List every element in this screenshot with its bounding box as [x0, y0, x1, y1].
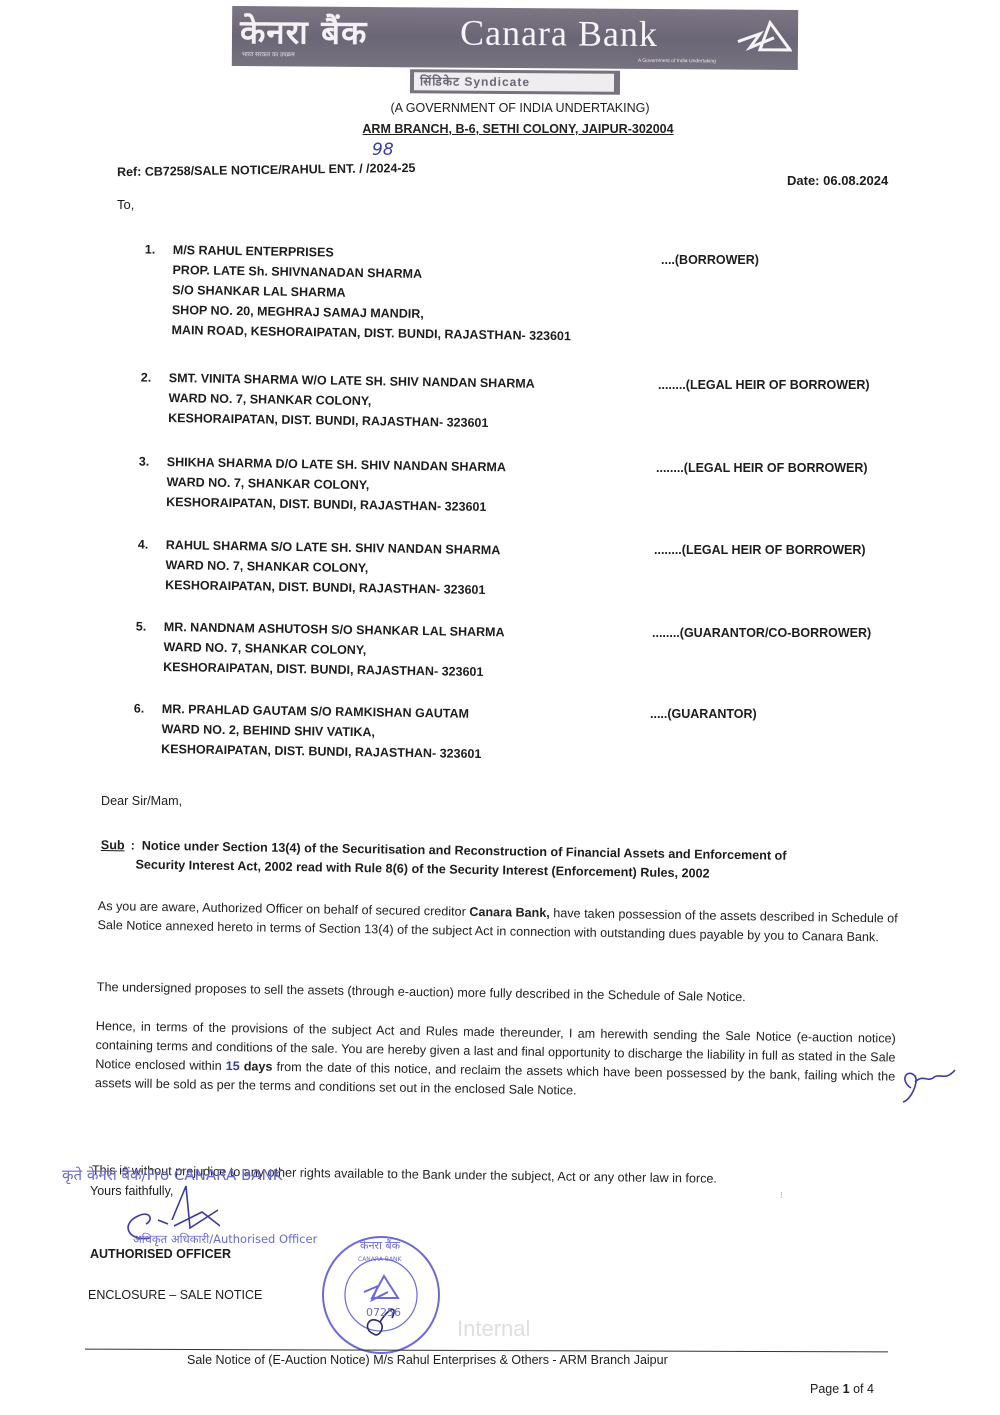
initials-signature-icon: [893, 1060, 963, 1110]
subject: Sub: Notice under Section 13(4) of the S…: [100, 836, 910, 887]
paragraph-proposal: The undersigned proposes to sell the ass…: [97, 978, 917, 1010]
seal-code: 07256: [366, 1306, 401, 1319]
paragraph-possession: As you are aware, Authorized Officer on …: [97, 897, 897, 948]
addressee-line: KESHORAIPATAN, DIST. BUNDI, RAJASTHAN- 3…: [165, 575, 500, 600]
addressee-role: ........(LEGAL HEIR OF BORROWER): [654, 543, 866, 557]
addressee-block: 5.MR. NANDNAM ASHUTOSH S/O SHANKAR LAL S…: [163, 617, 505, 682]
scan-artifact: ⁝: [780, 1190, 783, 1201]
addressee-role: .....(GUARANTOR): [650, 707, 757, 721]
days-count: 15: [226, 1059, 240, 1073]
tagline-english: A Government of India Undertaking: [638, 58, 716, 65]
bank-name-english: Canara Bank: [460, 12, 658, 55]
addressee-role: ........(LEGAL HEIR OF BORROWER): [658, 378, 870, 392]
authorised-officer-stamp: अधिकृत अधिकारी/Authorised Officer: [133, 1232, 317, 1247]
addressee-number: 3.: [139, 452, 150, 472]
seal-hindi-text: केनरा बैंक: [360, 1238, 400, 1253]
addressee-line: KESHORAIPATAN, DIST. BUNDI, RAJASTHAN- 3…: [163, 657, 504, 682]
paragraph-sale-notice: Hence, in terms of the provisions of the…: [95, 1017, 896, 1106]
syndicate-badge: सिंडिकेट Syndicate: [410, 69, 620, 94]
addressee-line: KESHORAIPATAN, DIST. BUNDI, RAJASTHAN- 3…: [166, 492, 505, 517]
canara-bank-bold: Canara Bank,: [469, 905, 550, 920]
footer-divider: [85, 1349, 888, 1353]
seal-english-text: CANARA BANK: [358, 1256, 401, 1263]
handwritten-ref-number: 98: [372, 140, 394, 160]
branch-address: ARM BRANCH, B-6, SETHI COLONY, JAIPUR-30…: [333, 122, 703, 136]
addressee-number: 2.: [141, 368, 152, 388]
addressee-line: KESHORAIPATAN, DIST. BUNDI, RAJASTHAN- 3…: [161, 739, 481, 764]
addressee-role: ........(GUARANTOR/CO-BORROWER): [652, 626, 871, 640]
addressee-block: 6.MR. PRAHLAD GAUTAM S/O RAMKISHAN GAUTA…: [161, 699, 482, 764]
letter-date: Date: 06.08.2024: [787, 173, 888, 188]
subject-label: Sub: [101, 838, 125, 852]
addressee-number: 1.: [145, 240, 156, 260]
syndicate-label: सिंडिकेट Syndicate: [414, 72, 614, 91]
page-number: Page 1 of 4: [810, 1382, 874, 1396]
addressee-number: 5.: [136, 617, 147, 637]
bank-seal: केनरा बैंक CANARA BANK 07256: [320, 1234, 442, 1356]
internal-watermark: Internal: [457, 1316, 530, 1342]
addressee-role: ........(LEGAL HEIR OF BORROWER): [656, 461, 868, 475]
reference-number: Ref: CB7258/SALE NOTICE/RAHUL ENT. / /20…: [117, 161, 416, 179]
government-line: (A GOVERNMENT OF INDIA UNDERTAKING): [340, 101, 700, 115]
total-pages: 4: [867, 1382, 874, 1396]
officer-title: AUTHORISED OFFICER: [90, 1247, 231, 1261]
addressee-block: 3.SHIKHA SHARMA D/O LATE SH. SHIV NANDAN…: [166, 452, 506, 517]
canara-bank-logo-icon: [734, 20, 792, 56]
addressee-role: ....(BORROWER): [661, 253, 759, 267]
addressee-block: 4.RAHUL SHARMA S/O LATE SH. SHIV NANDAN …: [165, 535, 500, 600]
enclosure-line: ENCLOSURE – SALE NOTICE: [88, 1288, 262, 1302]
addressee-block: 1.M/S RAHUL ENTERPRISESPROP. LATE Sh. SH…: [171, 240, 572, 346]
bank-name-hindi: केनरा बैंक: [240, 8, 368, 54]
tagline-hindi: भारत सरकार का उपक्रम: [242, 50, 295, 58]
addressee-number: 6.: [134, 699, 145, 719]
to-label: To,: [117, 197, 134, 212]
addressee-number: 4.: [138, 535, 149, 555]
footer-text: Sale Notice of (E-Auction Notice) M/s Ra…: [187, 1353, 668, 1367]
greeting: Dear Sir/Mam,: [101, 792, 182, 811]
addressee-block: 2.SMT. VINITA SHARMA W/O LATE SH. SHIV N…: [168, 368, 535, 434]
letterhead-banner: केनरा बैंक भारत सरकार का उपक्रम Canara B…: [232, 6, 798, 70]
current-page: 1: [843, 1382, 850, 1396]
